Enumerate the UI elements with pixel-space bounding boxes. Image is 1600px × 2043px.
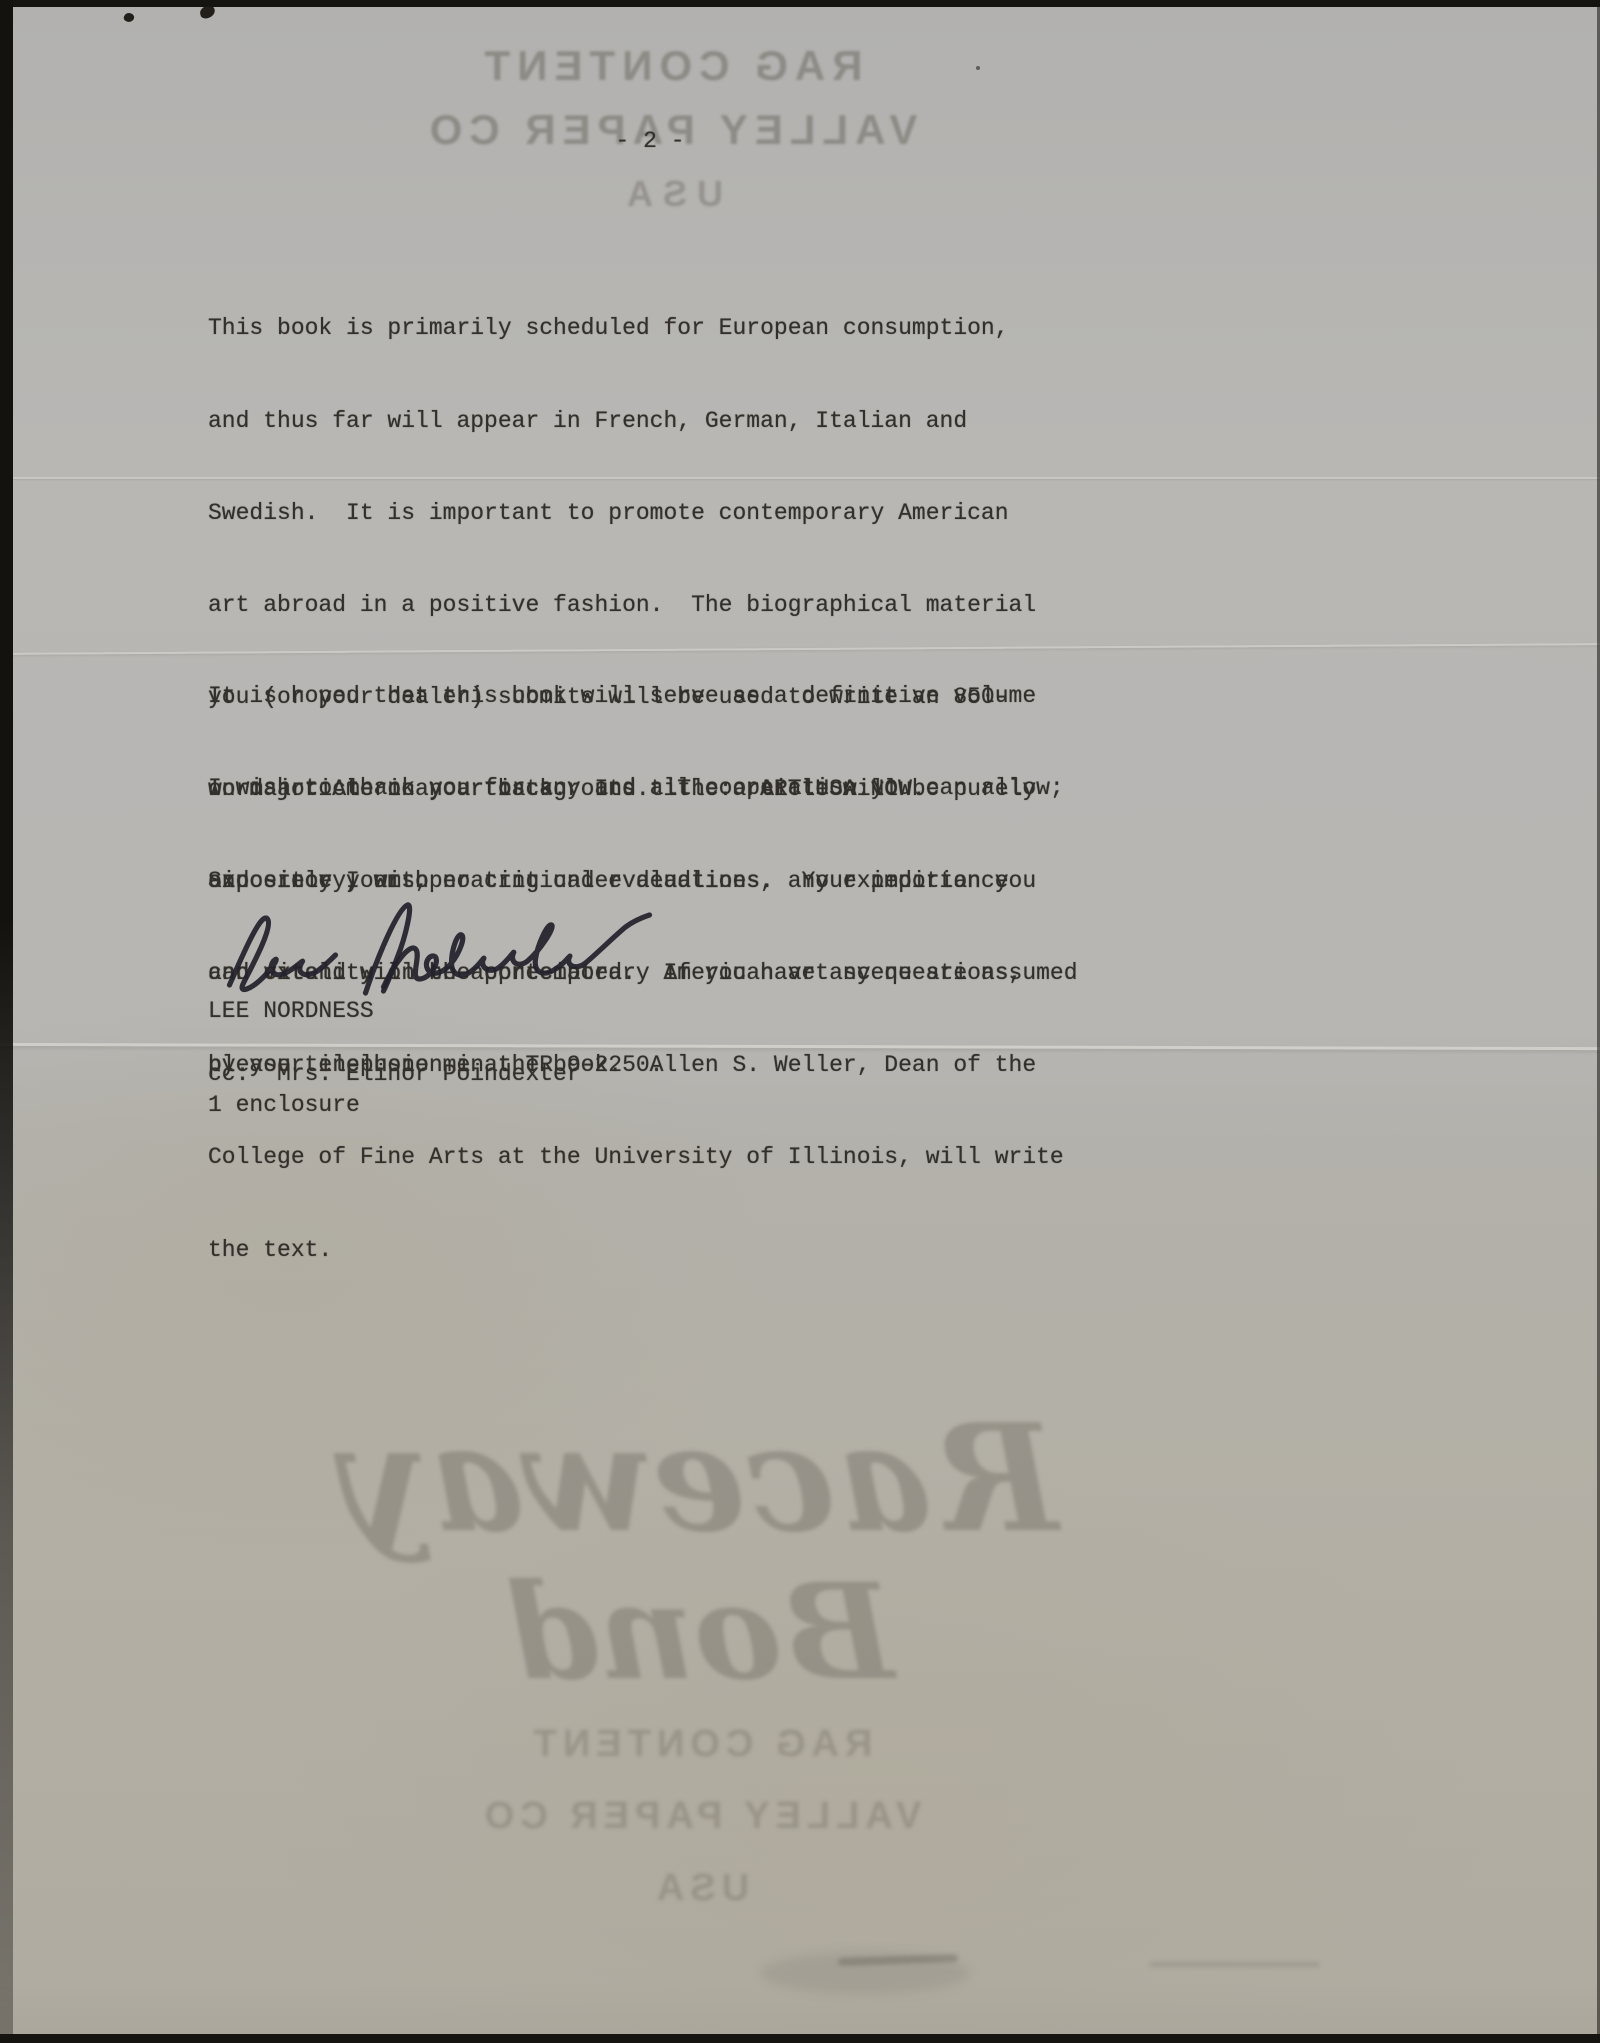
letter-line: the text.: [208, 1235, 1078, 1266]
handwritten-signature: [215, 893, 660, 1008]
scan-edge-bottom: [0, 2034, 1600, 2043]
watermark-valley-paper-co: VALLEY PAPER CO: [340, 1780, 1060, 1852]
scan-edge-left: [0, 0, 13, 2043]
letter-line: College of Fine Arts at the University o…: [208, 1142, 1078, 1173]
letter-page-scan: RAG CONTENT VALLEY PAPER CO USA Raceway …: [0, 0, 1600, 2043]
letter-line: and thus far will appear in French, Germ…: [208, 406, 1078, 437]
pin-hole: [123, 12, 135, 24]
letter-line: It is hoped that this book will serve as…: [208, 681, 1036, 712]
watermark-script-raceway: Raceway: [340, 1398, 1060, 1558]
letter-line: This book is primarily scheduled for Eur…: [208, 313, 1078, 344]
watermark-rag-content: RAG CONTENT: [410, 34, 930, 98]
watermark-rag-content: RAG CONTENT: [340, 1708, 1060, 1780]
letter-line: I wish to thank you for any and all coop…: [208, 773, 1064, 804]
letter-line: Swedish. It is important to promote cont…: [208, 498, 1078, 529]
watermark-bottom: Raceway Bond RAG CONTENT VALLEY PAPER CO…: [340, 1398, 1060, 1924]
paper-speck: [976, 66, 980, 70]
page-number: - 2 -: [560, 126, 740, 157]
letter-line: art abroad in a positive fashion. The bi…: [208, 590, 1078, 621]
typed-signer-name: LEE NORDNESS: [208, 996, 374, 1027]
scan-edge-top: [0, 0, 1600, 7]
ink-smudge: [1150, 1962, 1320, 1967]
watermark-script-bond: Bond: [340, 1558, 1060, 1708]
watermark-usa: USA: [340, 1852, 1060, 1924]
enclosure-line: 1 enclosure: [208, 1090, 360, 1121]
watermark-usa: USA: [410, 162, 930, 226]
cc-line: cc: Mrs. Elinor Poindexter: [208, 1059, 581, 1090]
